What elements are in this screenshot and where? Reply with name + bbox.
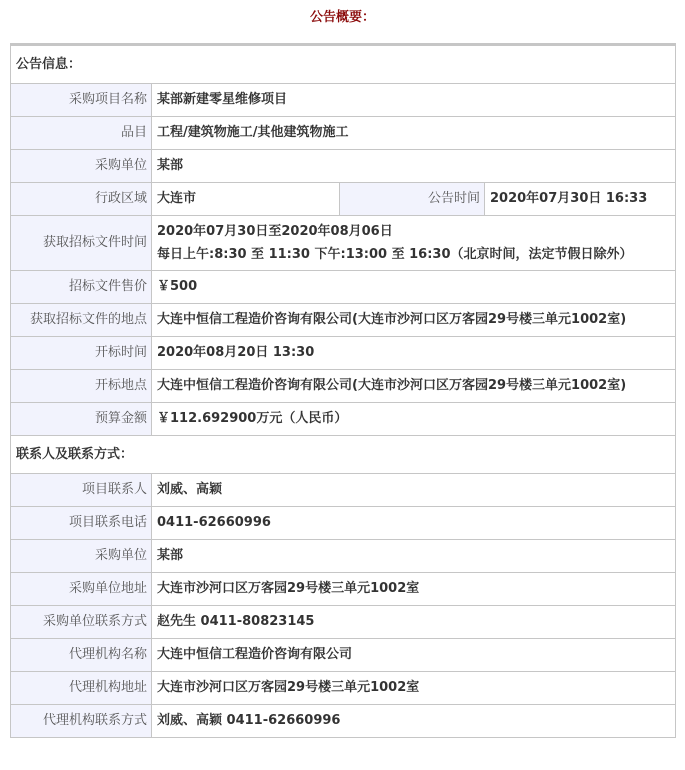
field-label: 获取招标文件时间 [11,216,152,271]
section-header-row: 公告信息： [11,45,676,84]
section-header-row: 联系人及联系方式： [11,436,676,474]
table-row: 获取招标文件的地点 大连中恒信工程造价咨询有限公司(大连市沙河口区万客园29号楼… [11,304,676,337]
field-label: 代理机构名称 [11,639,152,672]
table-row: 预算金额 ￥112.692900万元（人民币） [11,403,676,436]
field-label: 采购单位 [11,540,152,573]
field-label: 开标时间 [11,337,152,370]
table-row: 代理机构名称 大连中恒信工程造价咨询有限公司 [11,639,676,672]
field-value-category: 工程/建筑物施工/其他建筑物施工 [152,117,676,150]
field-value-purchaser: 某部 [152,540,676,573]
page-title: 公告概要： [0,8,685,28]
field-label: 代理机构地址 [11,672,152,705]
table-row: 项目联系电话 0411-62660996 [11,507,676,540]
field-value-announce-time: 2020年07月30日 16:33 [485,183,676,216]
field-label: 公告时间 [340,183,485,216]
field-label: 代理机构联系方式 [11,705,152,738]
field-label: 预算金额 [11,403,152,436]
table-row: 项目联系人 刘威、高颖 [11,474,676,507]
field-value-doc-time: 2020年07月30日至2020年08月06日 每日上午:8:30 至 11:3… [152,216,676,271]
field-label: 行政区域 [11,183,152,216]
field-value-agency-contact: 刘威、高颖 0411-62660996 [152,705,676,738]
field-value-doc-location: 大连中恒信工程造价咨询有限公司(大连市沙河口区万客园29号楼三单元1002室) [152,304,676,337]
table-row: 采购单位地址 大连市沙河口区万客园29号楼三单元1002室 [11,573,676,606]
field-label: 招标文件售价 [11,271,152,304]
field-value-purchaser: 某部 [152,150,676,183]
table-row: 采购单位联系方式 赵先生 0411-80823145 [11,606,676,639]
field-value-purchaser-address: 大连市沙河口区万客园29号楼三单元1002室 [152,573,676,606]
field-label: 项目联系人 [11,474,152,507]
field-value-opening-location: 大连中恒信工程造价咨询有限公司(大连市沙河口区万客园29号楼三单元1002室) [152,370,676,403]
field-value-purchaser-contact: 赵先生 0411-80823145 [152,606,676,639]
doc-time-daily-hours: 每日上午:8:30 至 11:30 下午:13:00 至 16:30（北京时间，… [157,243,670,266]
field-value-project-phone: 0411-62660996 [152,507,676,540]
table-row: 开标地点 大连中恒信工程造价咨询有限公司(大连市沙河口区万客园29号楼三单元10… [11,370,676,403]
field-value-agency-address: 大连市沙河口区万客园29号楼三单元1002室 [152,672,676,705]
table-row: 获取招标文件时间 2020年07月30日至2020年08月06日 每日上午:8:… [11,216,676,271]
table-row: 招标文件售价 ￥500 [11,271,676,304]
section-title-announcement-info: 公告信息： [11,45,676,84]
announcement-summary-table: 公告信息： 采购项目名称 某部新建零星维修项目 品目 工程/建筑物施工/其他建筑… [10,43,676,738]
section-title-contact-info: 联系人及联系方式： [11,436,676,474]
field-value-project-name: 某部新建零星维修项目 [152,84,676,117]
table-row: 代理机构地址 大连市沙河口区万客园29号楼三单元1002室 [11,672,676,705]
field-value-doc-price: ￥500 [152,271,676,304]
table-row: 代理机构联系方式 刘威、高颖 0411-62660996 [11,705,676,738]
doc-time-range: 2020年07月30日至2020年08月06日 [157,220,670,243]
field-value-region: 大连市 [152,183,340,216]
field-label: 采购项目名称 [11,84,152,117]
field-label: 采购单位 [11,150,152,183]
field-value-opening-time: 2020年08月20日 13:30 [152,337,676,370]
field-label: 获取招标文件的地点 [11,304,152,337]
table-row: 品目 工程/建筑物施工/其他建筑物施工 [11,117,676,150]
field-label: 品目 [11,117,152,150]
field-value-budget: ￥112.692900万元（人民币） [152,403,676,436]
field-value-project-contact: 刘威、高颖 [152,474,676,507]
field-label: 采购单位联系方式 [11,606,152,639]
table-row: 开标时间 2020年08月20日 13:30 [11,337,676,370]
table-row: 采购单位 某部 [11,540,676,573]
table-row: 采购单位 某部 [11,150,676,183]
field-label: 开标地点 [11,370,152,403]
field-label: 项目联系电话 [11,507,152,540]
field-label: 采购单位地址 [11,573,152,606]
table-row: 采购项目名称 某部新建零星维修项目 [11,84,676,117]
field-value-agency-name: 大连中恒信工程造价咨询有限公司 [152,639,676,672]
table-row: 行政区域 大连市 公告时间 2020年07月30日 16:33 [11,183,676,216]
